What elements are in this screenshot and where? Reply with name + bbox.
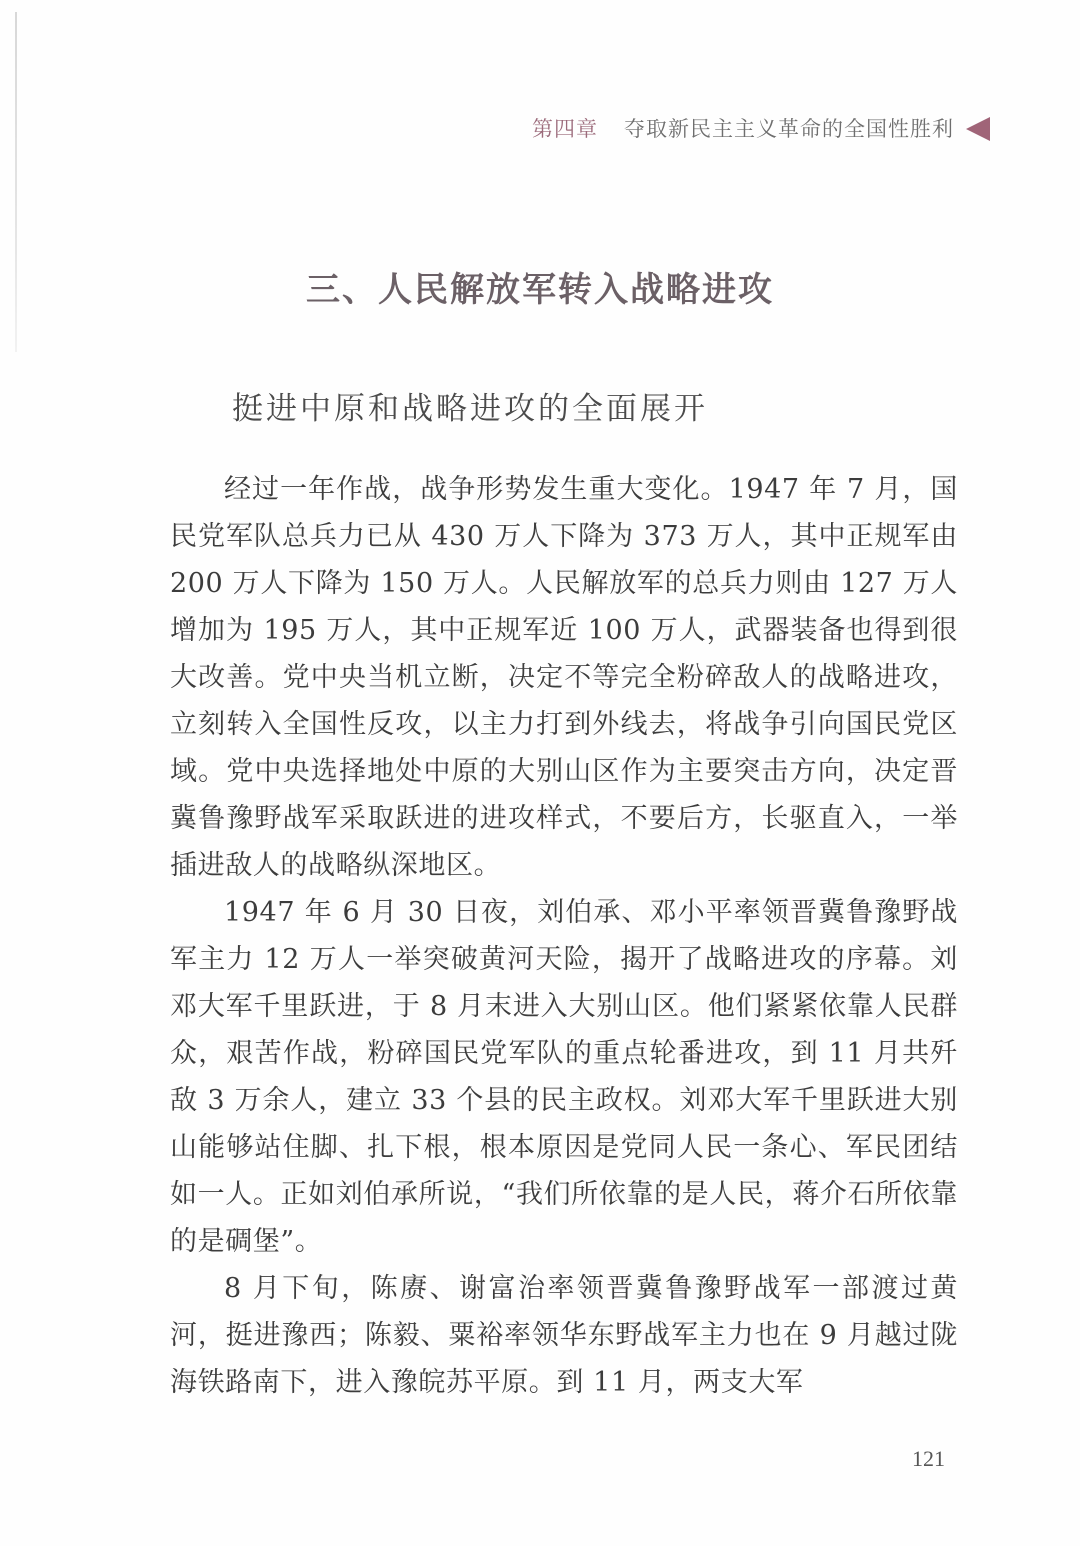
page-number: 121 bbox=[912, 1446, 945, 1472]
chapter-label: 第四章 bbox=[532, 114, 598, 144]
chapter-title: 夺取新民主主义革命的全国性胜利 bbox=[624, 114, 954, 144]
paragraph: 经过一年作战，战争形势发生重大变化。1947 年 7 月，国民党军队总兵力已从 … bbox=[170, 466, 958, 889]
paragraph: 8 月下旬，陈赓、谢富治率领晋冀鲁豫野战军一部渡过黄河，挺进豫西；陈毅、粟裕率领… bbox=[170, 1265, 958, 1406]
paragraph: 1947 年 6 月 30 日夜，刘伯承、邓小平率领晋冀鲁豫野战军主力 12 万… bbox=[170, 889, 958, 1265]
subsection-title: 挺进中原和战略进攻的全面展开 bbox=[232, 383, 708, 428]
section-title: 三、人民解放军转入战略进攻 bbox=[0, 262, 1080, 311]
running-header: 第四章 夺取新民主主义革命的全国性胜利 bbox=[532, 114, 990, 144]
left-triangle-icon bbox=[966, 117, 990, 141]
body-text: 经过一年作战，战争形势发生重大变化。1947 年 7 月，国民党军队总兵力已从 … bbox=[170, 466, 958, 1406]
book-page: 第四章 夺取新民主主义革命的全国性胜利 三、人民解放军转入战略进攻 挺进中原和战… bbox=[0, 0, 1080, 1546]
